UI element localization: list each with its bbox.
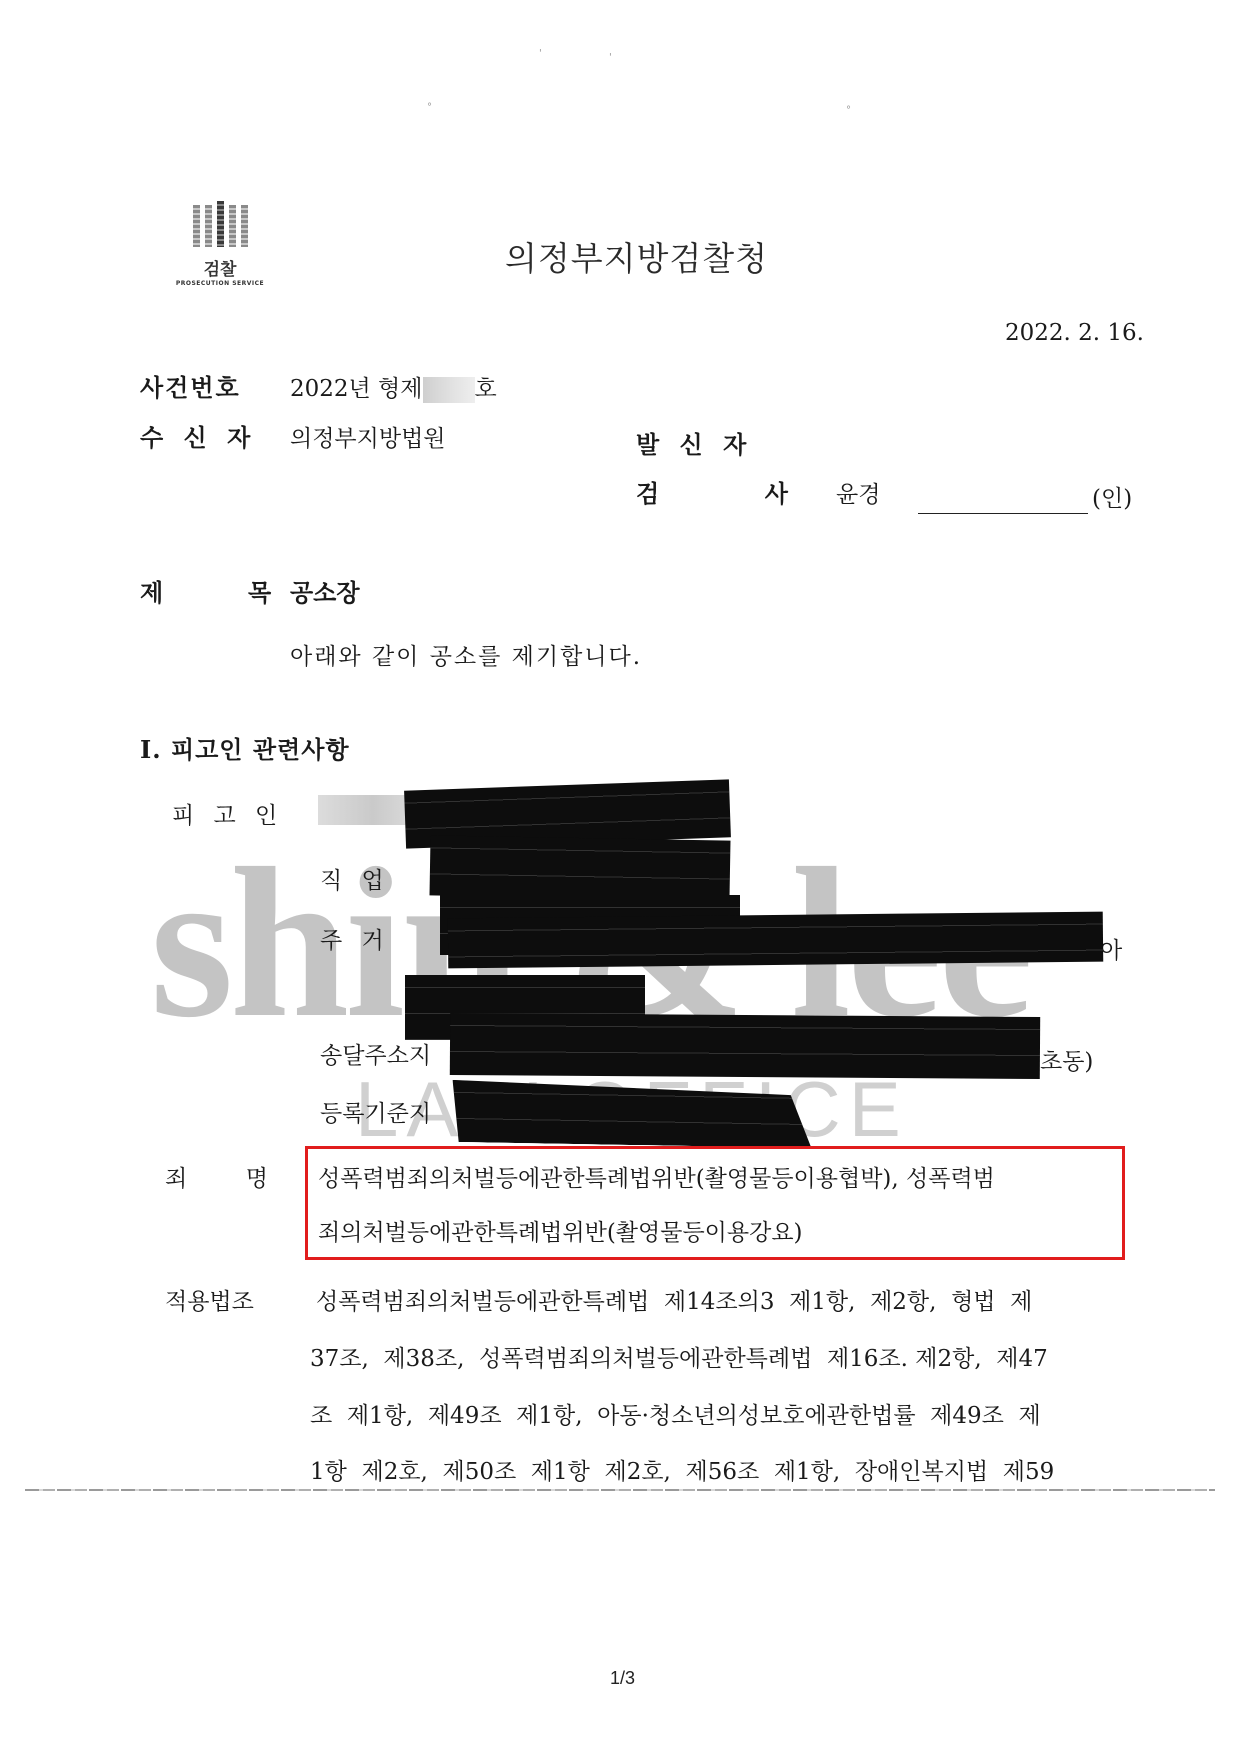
section-heading: I. 피고인 관련사항 xyxy=(140,730,350,765)
signature-line xyxy=(918,513,1088,514)
page-cut-divider xyxy=(25,1489,1215,1491)
document-date: 2022. 2. 16. xyxy=(1005,320,1144,346)
logo-english: PROSECUTION SERVICE xyxy=(170,280,270,287)
service-address-tail: 초동) xyxy=(1040,1043,1093,1076)
service-address-label: 송달주소지 xyxy=(320,1037,431,1070)
charges-label: 죄 명 xyxy=(165,1160,268,1193)
subject-label: 제 목 xyxy=(140,573,273,608)
logo-korean: 검찰 xyxy=(170,255,270,280)
case-number: 2022년 형제호 xyxy=(290,370,497,403)
case-number-suffix: 호 xyxy=(475,376,497,402)
recipient: 의정부지방법원 xyxy=(290,420,446,453)
redaction-mark xyxy=(450,1013,1040,1079)
registration-label: 등록기준지 xyxy=(320,1095,431,1128)
redaction-mark xyxy=(448,912,1103,969)
scan-speck: ' xyxy=(539,48,542,59)
applicable-law-line: 1항 제2호, 제50조 제1항 제2호, 제56조 제1항, 장애인복지법 제… xyxy=(310,1453,1054,1486)
prosecutor-label: 검 사 xyxy=(636,474,790,509)
charges-line: 죄의처벌등에관한특례법위반(촬영물등이용강요) xyxy=(318,1214,803,1247)
prosecution-logo: 검찰 PROSECUTION SERVICE xyxy=(170,205,270,287)
scan-speck: ° xyxy=(846,105,851,116)
applicable-law-line: 성폭력범죄의처벌등에관한특례법 제14조의3 제1항, 제2항, 형법 제 xyxy=(316,1283,1032,1316)
occupation-label: 직 업 xyxy=(320,862,390,895)
applicable-law-line: 조 제1항, 제49조 제1항, 아동·청소년의성보호에관한법률 제49조 제 xyxy=(310,1397,1041,1430)
seal-mark: (인) xyxy=(1092,480,1132,513)
filing-statement: 아래와 같이 공소를 제기합니다. xyxy=(290,638,642,671)
applicable-law-label: 적용법조 xyxy=(165,1283,254,1316)
residence-label: 주 거 xyxy=(320,922,390,955)
redaction-mark xyxy=(429,835,730,900)
subject-title: 공소장 xyxy=(290,573,360,608)
defendant-label: 피 고 인 xyxy=(172,797,283,830)
prosecutor-name: 윤경 xyxy=(836,476,880,509)
prosecution-emblem-icon xyxy=(170,205,270,249)
scan-speck: ' xyxy=(609,52,612,63)
redacted-case-number xyxy=(423,377,475,403)
applicable-law-line: 37조, 제38조, 성폭력범죄의처벌등에관한특례법 제16조. 제2항, 제4… xyxy=(310,1340,1048,1373)
page-number: 1/3 xyxy=(610,1668,635,1689)
case-number-label: 사건번호 xyxy=(140,368,241,403)
sender-label: 발 신 자 xyxy=(636,425,752,460)
residence-tail: 아 xyxy=(1100,932,1122,965)
organization-title: 의정부지방검찰청 xyxy=(505,233,768,280)
scan-speck: ° xyxy=(427,102,432,113)
charges-line: 성폭력범죄의처벌등에관한특례법위반(촬영물등이용협박), 성폭력범 xyxy=(318,1160,995,1193)
case-number-prefix: 2022년 형제 xyxy=(290,376,423,402)
recipient-label: 수 신 자 xyxy=(140,418,256,453)
